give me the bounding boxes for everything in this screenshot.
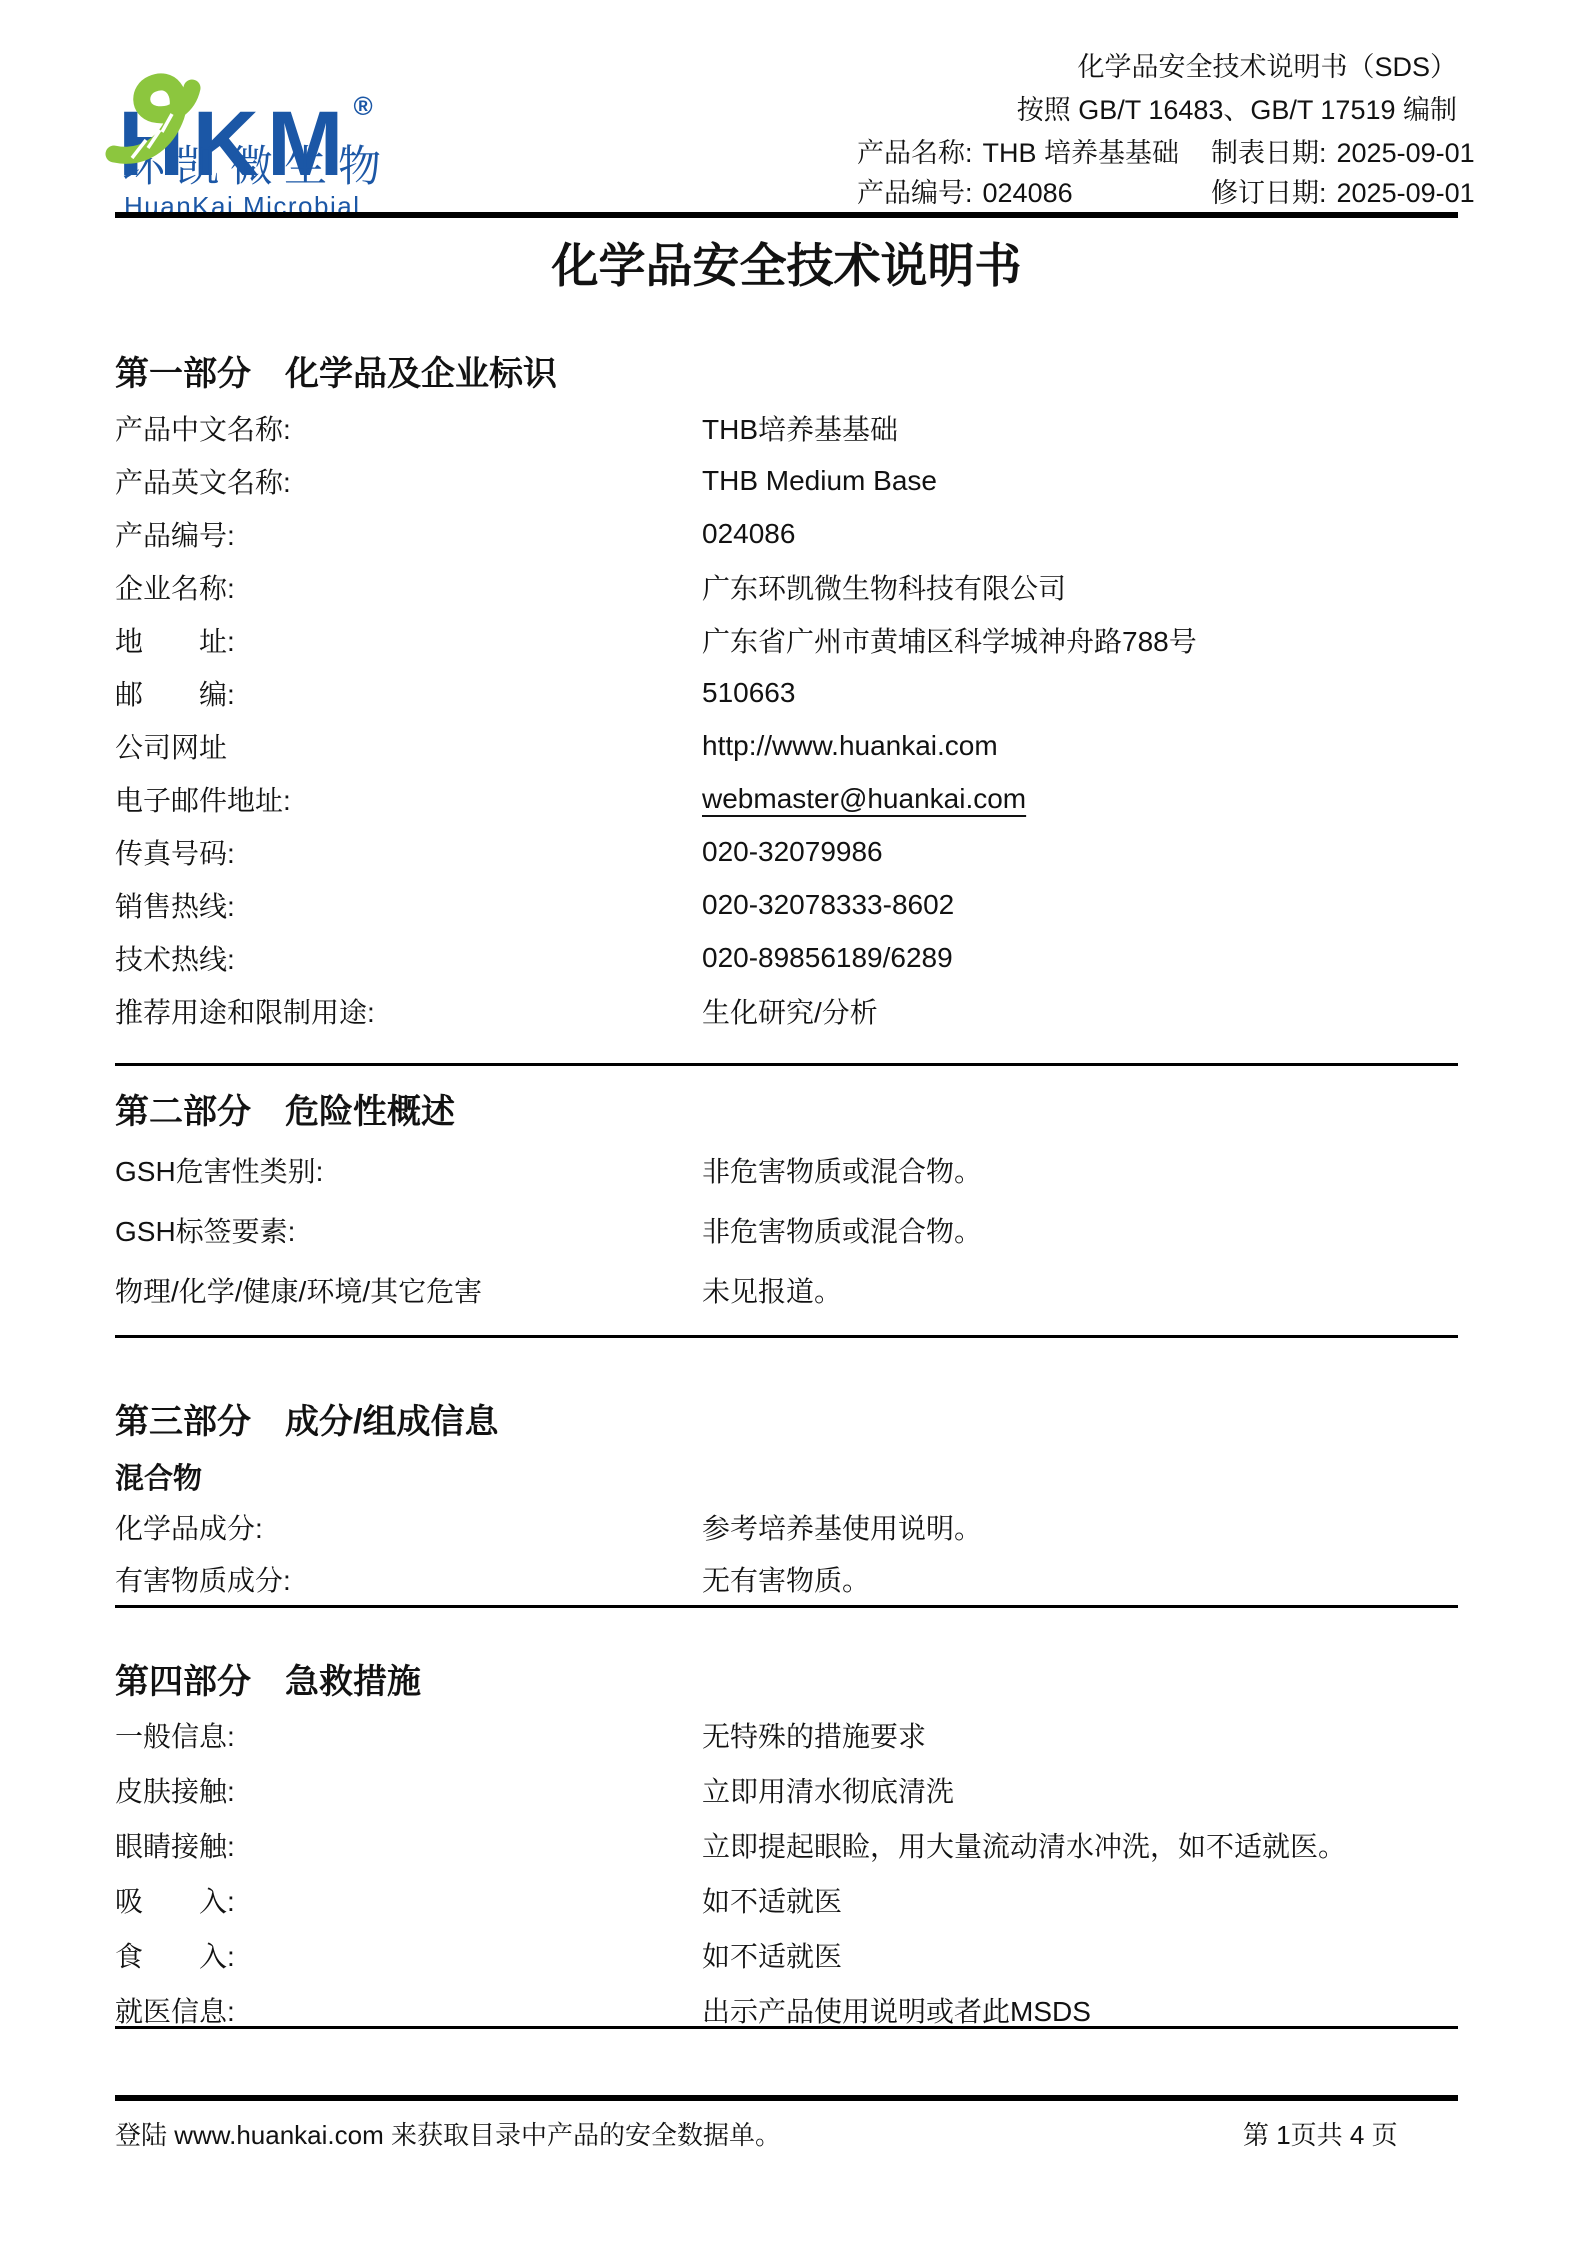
field-label: 物理/化学/健康/环境/其它危害 xyxy=(115,1270,702,1310)
page-number: 第 1页共 4 页 xyxy=(1243,2118,1398,2152)
field-label: 技术热线: xyxy=(115,938,702,978)
dna-leaf-swirl-icon xyxy=(104,68,254,168)
field-value: 未见报道。 xyxy=(702,1270,1458,1310)
section-hazards: 第二部分 危险性概述 GSH危害性类别: 非危害物质或混合物。 GSH标签要素:… xyxy=(115,1093,1458,1320)
field-value: THB Medium Base xyxy=(702,465,1458,497)
field-value: 生化研究/分析 xyxy=(702,991,1458,1031)
field-row: 传真号码: 020-32079986 xyxy=(115,825,1458,878)
field-label: 皮肤接触: xyxy=(115,1770,702,1810)
section-rows: 一般信息: 无特殊的措施要求 皮肤接触: 立即用清水彻底清洗 眼睛接触: 立即提… xyxy=(115,1707,1458,2037)
section-rows: GSH危害性类别: 非危害物质或混合物。 GSH标签要素: 非危害物质或混合物。… xyxy=(115,1140,1458,1320)
field-label: 眼睛接触: xyxy=(115,1825,702,1865)
created-date-label: 制表日期: xyxy=(1211,138,1327,168)
section-title: 第二部分 危险性概述 xyxy=(115,1093,1458,1131)
section-identification: 第一部分 化学品及企业标识 产品中文名称: THB培养基基础 产品英文名称: T… xyxy=(115,355,1458,1037)
product-code-label: 产品编号: xyxy=(857,178,973,208)
field-row: 电子邮件地址: webmaster@huankai.com xyxy=(115,772,1458,825)
field-row: 技术热线: 020-89856189/6289 xyxy=(115,931,1458,984)
section2-divider xyxy=(115,1335,1458,1338)
field-row: 产品中文名称: THB培养基基础 xyxy=(115,401,1458,454)
field-label: 产品编号: xyxy=(115,514,702,554)
company-logo: HKM® 环凯微生物 HuanKai Microbial xyxy=(118,30,448,190)
field-label: 化学品成分: xyxy=(115,1507,702,1547)
field-value: 020-32079986 xyxy=(702,836,1458,868)
section-composition: 第三部分 成分/组成信息 混合物 化学品成分: 参考培养基使用说明。 有害物质成… xyxy=(115,1403,1458,1605)
email-link[interactable]: webmaster@huankai.com xyxy=(702,783,1458,815)
field-value: 参考培养基使用说明。 xyxy=(702,1507,1458,1547)
field-row: 物理/化学/健康/环境/其它危害 未见报道。 xyxy=(115,1260,1458,1320)
field-row: 产品英文名称: THB Medium Base xyxy=(115,454,1458,507)
company-website-value: http://www.huankai.com xyxy=(702,730,1458,762)
field-label: 公司网址 xyxy=(115,726,702,766)
field-row: 企业名称: 广东环凯微生物科技有限公司 xyxy=(115,560,1458,613)
header-info-block: 化学品安全技术说明书（SDS） 按照 GB/T 16483、GB/T 17519… xyxy=(847,50,1457,210)
section-first-aid: 第四部分 急救措施 一般信息: 无特殊的措施要求 皮肤接触: 立即用清水彻底清洗… xyxy=(115,1663,1458,2037)
field-value: 立即用清水彻底清洗 xyxy=(702,1770,1458,1810)
field-label: 企业名称: xyxy=(115,567,702,607)
field-row: 食 入: 如不适就医 xyxy=(115,1927,1458,1982)
field-label: 产品中文名称: xyxy=(115,408,702,448)
field-label: 推荐用途和限制用途: xyxy=(115,991,702,1031)
field-label: GSH标签要素: xyxy=(115,1210,702,1250)
field-label: 传真号码: xyxy=(115,832,702,872)
field-row: 有害物质成分: 无有害物质。 xyxy=(115,1553,1458,1605)
field-label: 食 入: xyxy=(115,1935,702,1975)
field-label: 吸 入: xyxy=(115,1880,702,1920)
field-value: 出示产品使用说明或者此MSDS xyxy=(702,1990,1458,2030)
field-label: 地 址: xyxy=(115,620,702,660)
field-row: 眼睛接触: 立即提起眼睑，用大量流动清水冲洗，如不适就医。 xyxy=(115,1817,1458,1872)
footer-rule xyxy=(115,2095,1458,2101)
field-row: 就医信息: 出示产品使用说明或者此MSDS xyxy=(115,1982,1458,2037)
header-rule xyxy=(115,212,1458,218)
field-value: 无有害物质。 xyxy=(702,1559,1458,1599)
field-label: 销售热线: xyxy=(115,885,702,925)
field-label: 电子邮件地址: xyxy=(115,779,702,819)
field-row: 皮肤接触: 立即用清水彻底清洗 xyxy=(115,1762,1458,1817)
section-rows: 产品中文名称: THB培养基基础 产品英文名称: THB Medium Base… xyxy=(115,401,1458,1037)
field-value: 020-89856189/6289 xyxy=(702,942,1458,974)
field-value: 广东省广州市黄埔区科学城神舟路788号 xyxy=(702,620,1458,660)
field-row: 公司网址 http://www.huankai.com xyxy=(115,719,1458,772)
field-value: 024086 xyxy=(702,518,1458,550)
field-row: 一般信息: 无特殊的措施要求 xyxy=(115,1707,1458,1762)
doc-type-line: 化学品安全技术说明书（SDS） xyxy=(1077,50,1457,84)
footer-note: 登陆 www.huankai.com 来获取目录中产品的安全数据单。 xyxy=(115,2118,781,2152)
sds-document-page: HKM® 环凯微生物 HuanKai Microbial 化学品安全技术说明书（… xyxy=(0,0,1587,2245)
field-value: 非危害物质或混合物。 xyxy=(702,1150,1458,1190)
field-label: GSH危害性类别: xyxy=(115,1150,702,1190)
field-value: THB培养基基础 xyxy=(702,408,1458,448)
revised-date-label: 修订日期: xyxy=(1211,178,1327,208)
field-label: 产品英文名称: xyxy=(115,461,702,501)
standard-line: 按照 GB/T 16483、GB/T 17519 编制 xyxy=(1017,93,1457,127)
revised-date-cell: 修订日期:2025-09-01 xyxy=(1211,176,1475,210)
registered-trademark-icon: ® xyxy=(354,91,373,121)
field-row: GSH标签要素: 非危害物质或混合物。 xyxy=(115,1200,1458,1260)
section-title: 第三部分 成分/组成信息 xyxy=(115,1403,1458,1441)
field-label: 一般信息: xyxy=(115,1715,702,1755)
product-name-cell: 产品名称:THB 培养基基础 xyxy=(857,136,1179,170)
field-value: 510663 xyxy=(702,677,1458,709)
product-name-value: THB 培养基基础 xyxy=(983,138,1180,168)
section3-divider xyxy=(115,1605,1458,1608)
product-code-value: 024086 xyxy=(983,178,1073,208)
field-value: 020-32078333-8602 xyxy=(702,889,1458,921)
field-value: 如不适就医 xyxy=(702,1935,1458,1975)
field-value: 如不适就医 xyxy=(702,1880,1458,1920)
revised-date-value: 2025-09-01 xyxy=(1337,178,1475,208)
field-row: GSH危害性类别: 非危害物质或混合物。 xyxy=(115,1140,1458,1200)
field-row: 地 址: 广东省广州市黄埔区科学城神舟路788号 xyxy=(115,613,1458,666)
field-row: 化学品成分: 参考培养基使用说明。 xyxy=(115,1501,1458,1553)
section-title: 第一部分 化学品及企业标识 xyxy=(115,355,1458,393)
section1-divider xyxy=(115,1063,1458,1066)
field-value: 广东环凯微生物科技有限公司 xyxy=(702,567,1458,607)
created-date-cell: 制表日期:2025-09-01 xyxy=(1211,136,1475,170)
field-row: 销售热线: 020-32078333-8602 xyxy=(115,878,1458,931)
field-row: 邮 编: 510663 xyxy=(115,666,1458,719)
field-value: 无特殊的措施要求 xyxy=(702,1715,1458,1755)
field-value: 非危害物质或混合物。 xyxy=(702,1210,1458,1250)
section-title: 第四部分 急救措施 xyxy=(115,1663,1458,1701)
field-label: 有害物质成分: xyxy=(115,1559,702,1599)
field-label: 就医信息: xyxy=(115,1990,702,2030)
section-rows: 化学品成分: 参考培养基使用说明。 有害物质成分: 无有害物质。 xyxy=(115,1501,1458,1605)
field-row: 推荐用途和限制用途: 生化研究/分析 xyxy=(115,984,1458,1037)
mixture-subheading: 混合物 xyxy=(115,1462,1458,1496)
field-row: 吸 入: 如不适就医 xyxy=(115,1872,1458,1927)
field-row: 产品编号: 024086 xyxy=(115,507,1458,560)
product-code-cell: 产品编号:024086 xyxy=(857,176,1073,210)
field-label: 邮 编: xyxy=(115,673,702,713)
page-footer: 登陆 www.huankai.com 来获取目录中产品的安全数据单。 第 1页共… xyxy=(115,2118,1458,2158)
created-date-value: 2025-09-01 xyxy=(1337,138,1475,168)
page-title: 化学品安全技术说明书 xyxy=(115,236,1458,296)
product-name-label: 产品名称: xyxy=(857,138,973,168)
field-value: 立即提起眼睑，用大量流动清水冲洗，如不适就医。 xyxy=(702,1825,1458,1865)
